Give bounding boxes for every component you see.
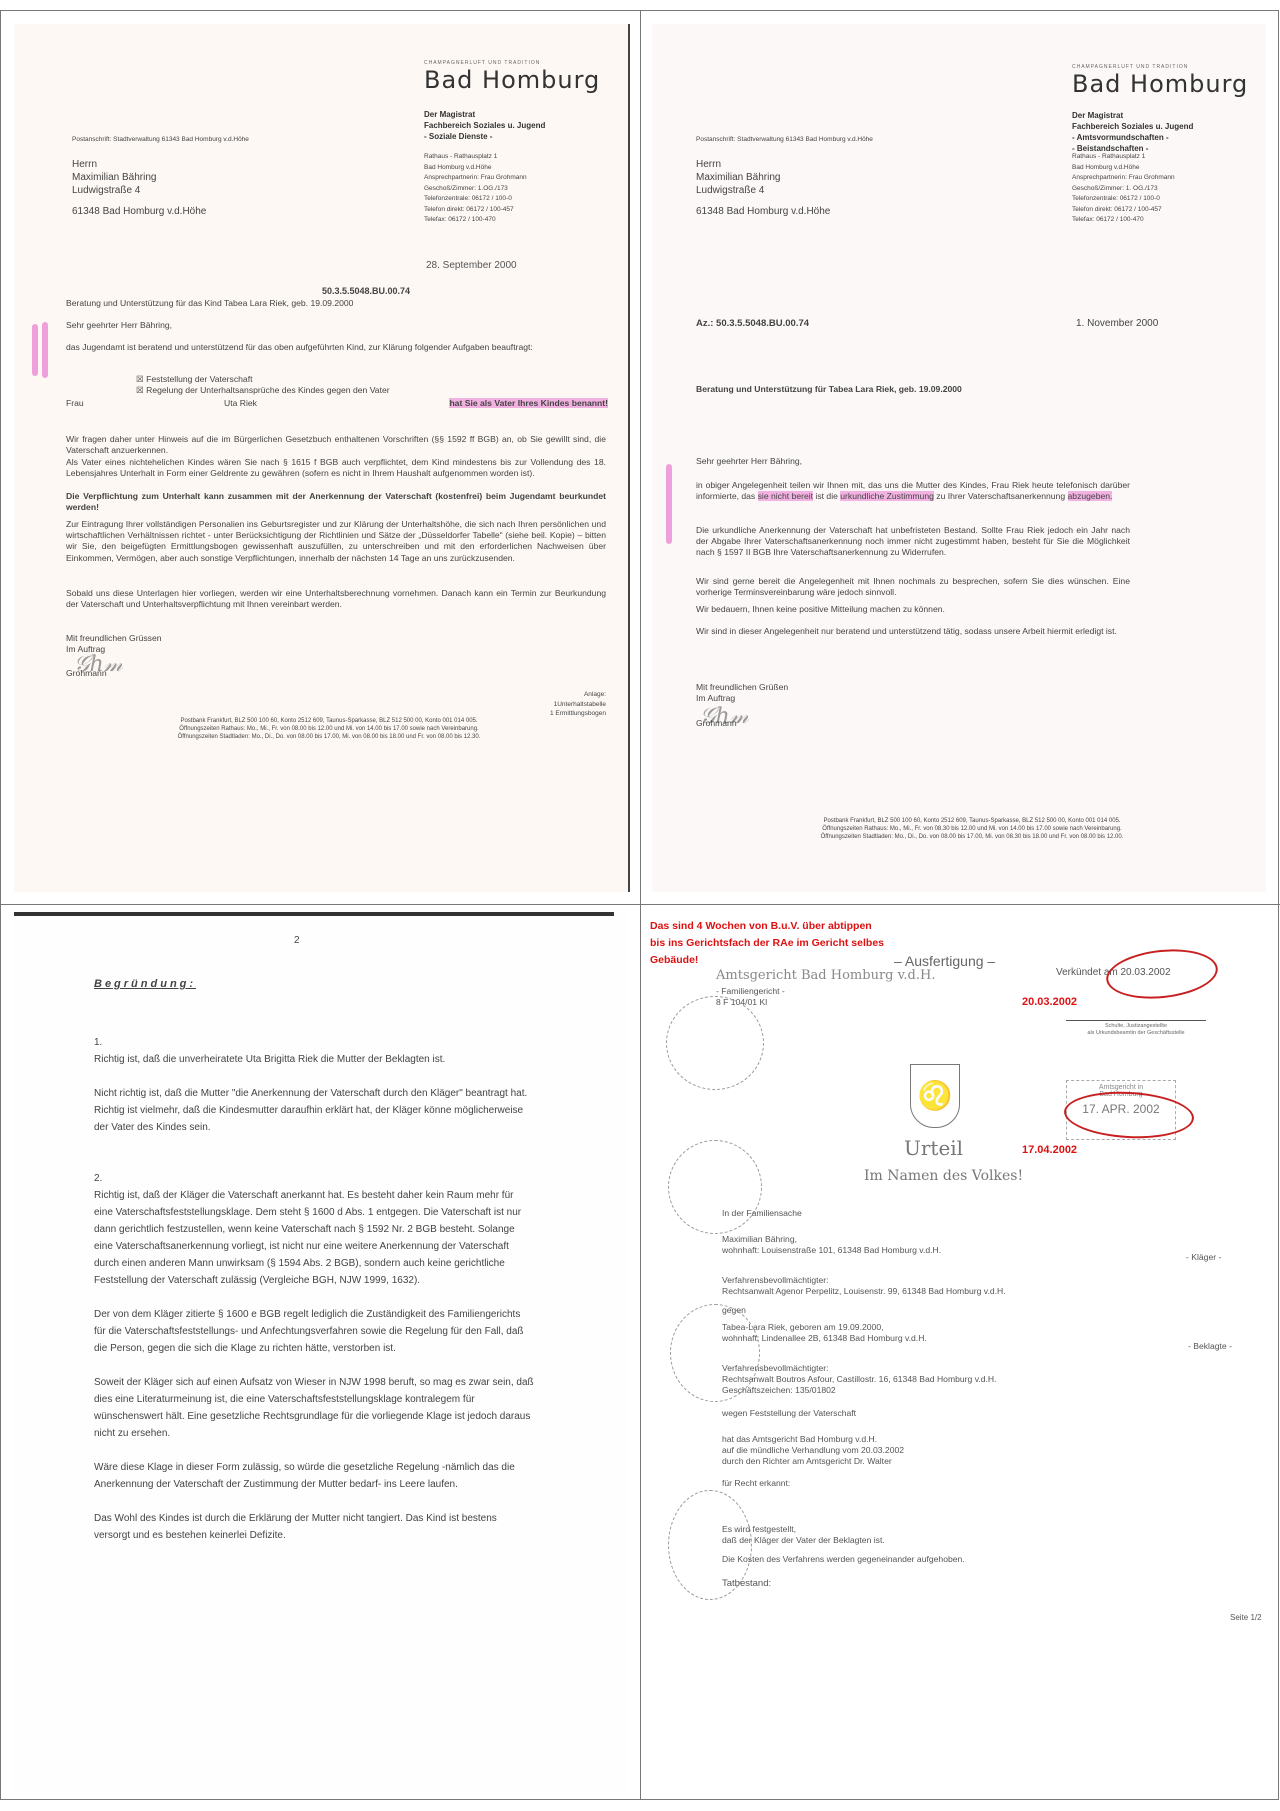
- court-seal-icon: [668, 1140, 762, 1234]
- case-intro: In der Familiensache: [722, 1208, 802, 1219]
- checked-box-icon: ☒: [136, 374, 144, 384]
- named-as-father-text: hat Sie als Vater Ihres Kindes benannt!: [384, 398, 608, 409]
- red-date-annotation-2: 17.04.2002: [1022, 1144, 1077, 1156]
- bad-homburg-logo: Bad Homburg: [1072, 70, 1248, 98]
- paragraph-5: Wir sind in dieser Angelegenheit nur ber…: [696, 626, 1130, 637]
- letter-date: 1. November 2000: [1076, 318, 1158, 329]
- legal-brief-page: 2 Begründung: 1. Richtig ist, daß die un…: [14, 912, 628, 1792]
- recipient-address: Herrn Maximilian Bähring Ludwigstraße 4 …: [696, 158, 830, 218]
- plaintiff: Maximilian Bähring, wohnhaft: Louisenstr…: [722, 1234, 941, 1256]
- salutation: Sehr geehrter Herr Bähring,: [66, 320, 172, 331]
- plaintiff-counsel: Verfahrensbevollmächtigter: Rechtsanwalt…: [722, 1275, 1006, 1297]
- letter-2-page: CHAMPAGNERLUFT UND TRADITION Bad Homburg…: [652, 24, 1266, 892]
- highlighter-mark: [666, 464, 672, 544]
- verdict-intro: für Recht erkannt:: [722, 1478, 790, 1489]
- mother-label: Frau: [66, 398, 84, 409]
- matter: wegen Feststellung der Vaterschaft: [722, 1408, 856, 1419]
- postal-address: Postanschrift: Stadtverwaltung 61343 Bad…: [72, 136, 249, 143]
- page-number: 2: [294, 932, 300, 949]
- task-checklist: ☒ Feststellung der Vaterschaft ☒ Regelun…: [136, 374, 390, 396]
- red-circle-mark: [1104, 944, 1220, 1003]
- paragraph-3: Wir sind gerne bereit die Angelegenheit …: [696, 576, 1130, 598]
- grid-divider-horizontal: [0, 904, 1280, 905]
- bad-homburg-logo: Bad Homburg: [424, 66, 600, 94]
- defendant-counsel: Verfahrensbevollmächtigter: Rechtsanwalt…: [722, 1363, 997, 1396]
- paragraph-3: Zur Eintragung Ihrer vollständigen Perso…: [66, 519, 606, 564]
- plaintiff-role: - Kläger -: [1186, 1252, 1221, 1263]
- ausfertigung-label: – Ausfertigung –: [894, 953, 995, 969]
- page-label: Seite 1/2: [1230, 1612, 1262, 1623]
- defendant: Tabea-Lara Riek, geboren am 19.09.2000, …: [722, 1322, 927, 1344]
- tatbestand-heading: Tatbestand:: [722, 1578, 771, 1589]
- red-date-annotation-1: 20.03.2002: [1022, 996, 1077, 1008]
- reference-number: 50.3.5.5048.BU.00.74: [322, 286, 410, 296]
- intro-paragraph: das Jugendamt ist beratend und unterstüt…: [66, 342, 606, 353]
- letter-date: 28. September 2000: [426, 260, 517, 271]
- judgment-title: Urteil: [904, 1136, 963, 1160]
- highlighter-mark: [42, 322, 48, 378]
- department-block: Der Magistrat Fachbereich Soziales u. Ju…: [1072, 110, 1193, 154]
- red-annotation: Das sind 4 Wochen von B.u.V. über abtipp…: [650, 918, 884, 969]
- verdict: Es wird festgestellt, daß der Kläger der…: [722, 1524, 885, 1546]
- court-department: - Familiengericht -: [716, 986, 785, 997]
- checked-box-icon: ☒: [136, 385, 144, 395]
- contact-block: Rathaus - Rathausplatz 1 Bad Homburg v.d…: [424, 152, 527, 226]
- subject-line: Beratung und Unterstützung für Tabea Lar…: [696, 384, 962, 395]
- court-seal-icon: [666, 996, 764, 1090]
- letter-footer: Postbank Frankfurt, BLZ 500 100 60, Kont…: [702, 817, 1242, 841]
- scan-edge: [14, 912, 614, 916]
- grid-divider-vertical: [640, 10, 641, 1800]
- reference-number: Az.: 50.3.5.5048.BU.00.74: [696, 318, 809, 329]
- highlighter-mark: [32, 324, 38, 376]
- paragraph-1: Wir fragen daher unter Hinweis auf die i…: [66, 434, 606, 456]
- court-name: Amtsgericht Bad Homburg v.d.H.: [716, 968, 935, 983]
- defendant-role: - Beklagte -: [1188, 1341, 1232, 1352]
- signer-name: Grohmann: [696, 718, 737, 729]
- paragraph-4: Wir bedauern, Ihnen keine positive Mitte…: [696, 604, 945, 615]
- recipient-address: Herrn Maximilian Bähring Ludwigstraße 4 …: [72, 158, 206, 218]
- section-heading: Begründung:: [94, 978, 196, 990]
- costs-ruling: Die Kosten des Verfahrens werden gegenei…: [722, 1554, 965, 1565]
- argument-body: 1. Richtig ist, daß die unverheiratete U…: [94, 1034, 534, 1544]
- closing: Mit freundlichen Grüßen Im Auftrag: [696, 682, 788, 704]
- hesse-coat-of-arms-icon: ♌: [910, 1064, 960, 1128]
- clerk-signature-block: Schulte, Justizangestellte als Urkundsbe…: [1066, 1020, 1206, 1037]
- bold-notice: Die Verpflichtung zum Unterhalt kann zus…: [66, 491, 606, 513]
- paragraph-2: Als Vater eines nichtehelichen Kindes wä…: [66, 457, 606, 479]
- judgment-subtitle: Im Namen des Volkes!: [864, 1168, 1023, 1184]
- attachments: Anlage: 1Unterhaltstabelle 1 Ermittlungs…: [494, 690, 606, 719]
- paragraph-2: Die urkundliche Anerkennung der Vatersch…: [696, 525, 1130, 559]
- letter-footer: Postbank Frankfurt, BLZ 500 100 60, Kont…: [54, 717, 604, 741]
- salutation: Sehr geehrter Herr Bähring,: [696, 456, 802, 467]
- court-judgment-page: Das sind 4 Wochen von B.u.V. über abtipp…: [646, 912, 1274, 1792]
- letter-1-page: CHAMPAGNERLUFT UND TRADITION Bad Homburg…: [14, 24, 630, 892]
- contact-block: Rathaus - Rathausplatz 1 Bad Homburg v.d…: [1072, 152, 1175, 226]
- paragraph-1: in obiger Angelegenheit teilen wir Ihnen…: [696, 480, 1130, 502]
- paragraph-4: Sobald uns diese Unterlagen hier vorlieg…: [66, 588, 606, 610]
- mother-name: Uta Riek: [224, 398, 257, 409]
- court-decision-block: hat das Amtsgericht Bad Homburg v.d.H. a…: [722, 1434, 904, 1467]
- subject-line: Beratung und Unterstützung für das Kind …: [66, 298, 606, 309]
- signer-name: Grohmann: [66, 668, 107, 679]
- department-block: Der Magistrat Fachbereich Soziales u. Ju…: [424, 109, 545, 142]
- postal-address: Postanschrift: Stadtverwaltung 61343 Bad…: [696, 136, 873, 143]
